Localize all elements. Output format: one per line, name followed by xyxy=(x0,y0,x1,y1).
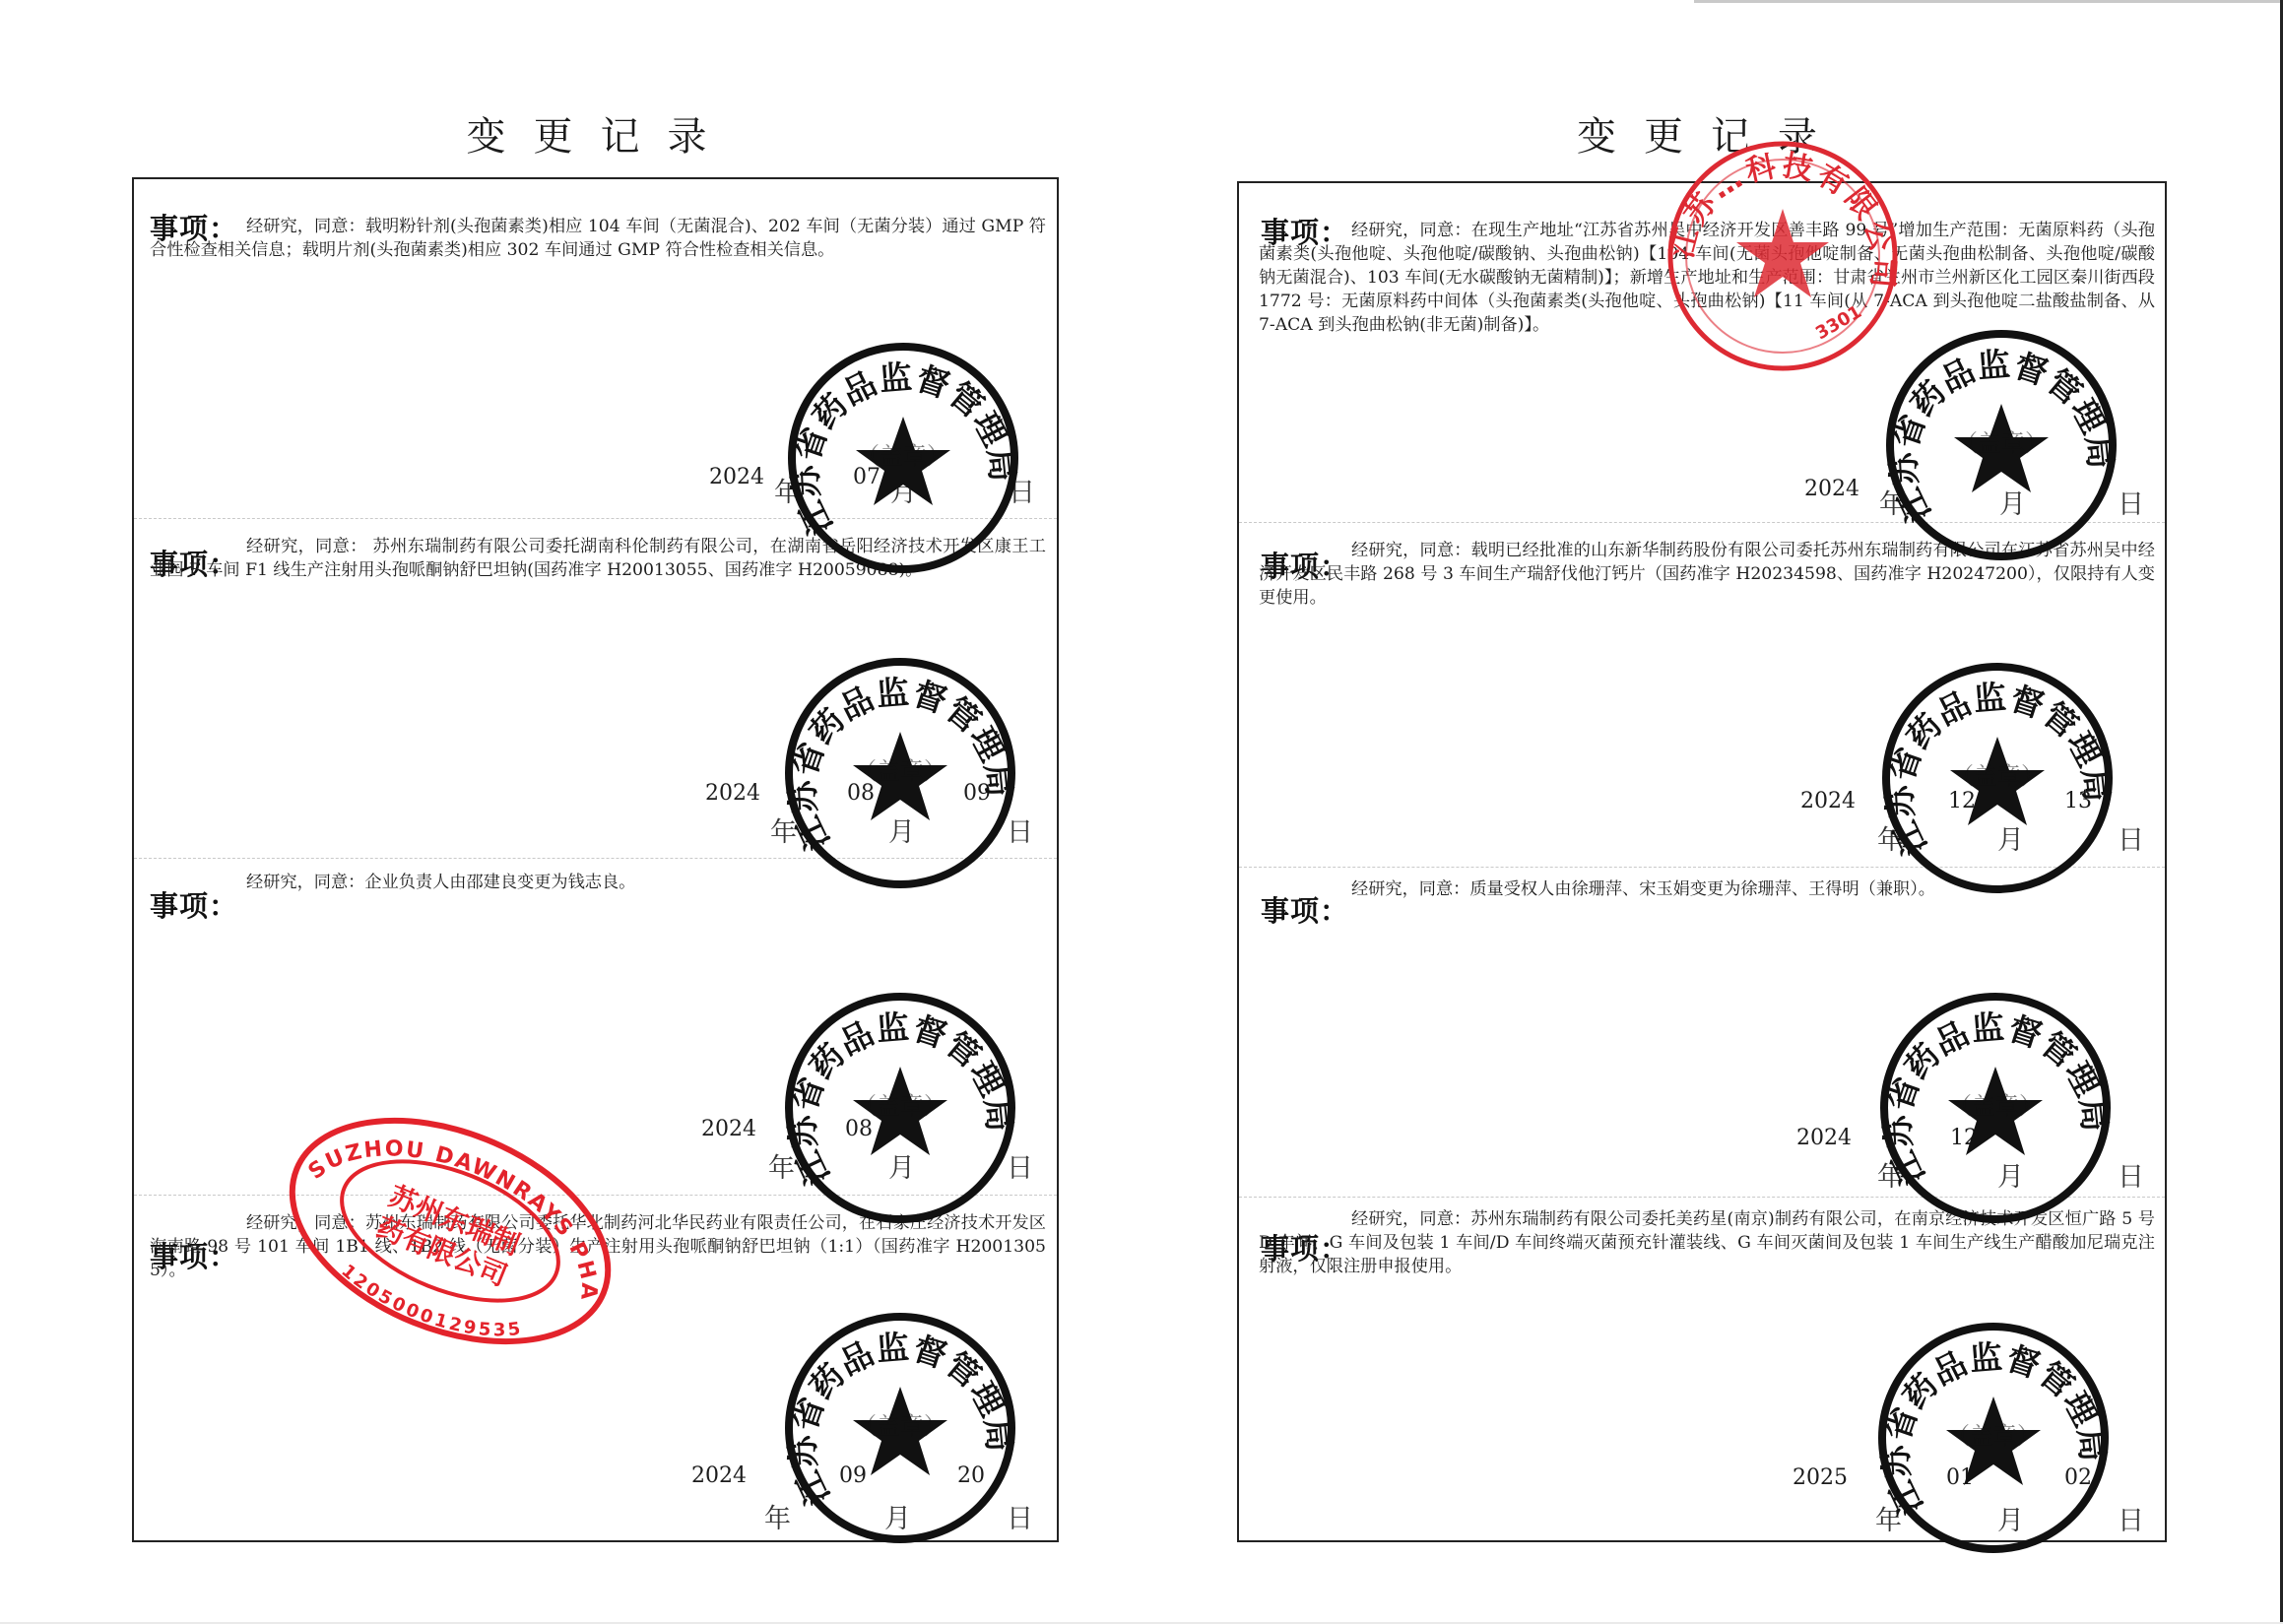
svg-text:（盖章）: （盖章） xyxy=(853,757,947,785)
date-year: 2024 xyxy=(701,1117,756,1141)
authority-seal: 江苏省药品监督管理局（盖章） xyxy=(1877,990,2114,1226)
authority-seal: 江苏省药品监督管理局（盖章） xyxy=(782,1310,1018,1546)
svg-text:（盖章）: （盖章） xyxy=(1954,429,2049,457)
svg-text:（盖章）: （盖章） xyxy=(1950,762,2045,790)
date-day-label: 日 xyxy=(2118,818,2144,857)
date-year: 2025 xyxy=(1793,1465,1848,1490)
right-page: 变更记录 事项： 经研究，同意：在现生产地址“江苏省苏州吴中经济开发区善丰路 9… xyxy=(1223,98,2167,175)
authority-seal: 江苏省药品监督管理局（盖章） xyxy=(1875,1320,2112,1556)
company-seal-dawnrays: SUZHOU DAWNRAYS PHARMACEUTICAL CO.,LTD. … xyxy=(283,1103,618,1359)
date-day-label: 日 xyxy=(2118,1499,2144,1537)
date-day-label: 日 xyxy=(2118,483,2144,521)
authority-seal: 江苏省药品监督管理局（盖章） xyxy=(785,340,1021,576)
svg-text:（盖章）: （盖章） xyxy=(853,1412,947,1440)
date-year: 2024 xyxy=(705,781,760,806)
authority-seal: 江苏省药品监督管理局（盖章） xyxy=(1883,327,2120,563)
company-seal-tech: 江苏…科技有限公司 3301 xyxy=(1664,138,1901,374)
svg-text:（盖章）: （盖章） xyxy=(856,442,950,470)
date-year: 2024 xyxy=(1800,789,1856,813)
date-year: 2024 xyxy=(691,1463,747,1488)
date-year: 2024 xyxy=(709,465,764,489)
svg-text:（盖章）: （盖章） xyxy=(1948,1092,2043,1120)
entry-label: 事项： xyxy=(1261,889,1349,930)
date-year: 2024 xyxy=(1804,477,1859,501)
svg-text:（盖章）: （盖章） xyxy=(853,1092,947,1120)
left-page: 变更记录 事项： 经研究，同意：载明粉针剂(头孢菌素类)相应 104 车间（无菌… xyxy=(120,98,1061,175)
page-title: 变更记录 xyxy=(112,98,1061,175)
entry-label: 事项： xyxy=(150,884,238,925)
authority-seal: 江苏省药品监督管理局（盖章） xyxy=(1879,660,2116,896)
scan-top-edge xyxy=(1694,0,2283,3)
authority-seal: 江苏省药品监督管理局（盖章） xyxy=(782,990,1018,1226)
date-day-label: 日 xyxy=(2118,1155,2144,1194)
authority-seal: 江苏省药品监督管理局（盖章） xyxy=(782,655,1018,891)
date-year: 2024 xyxy=(1796,1126,1852,1150)
entry-text: 经研究，同意：载明粉针剂(头孢菌素类)相应 104 车间（无菌混合)、202 车… xyxy=(150,215,1046,262)
svg-text:（盖章）: （盖章） xyxy=(1946,1422,2041,1450)
